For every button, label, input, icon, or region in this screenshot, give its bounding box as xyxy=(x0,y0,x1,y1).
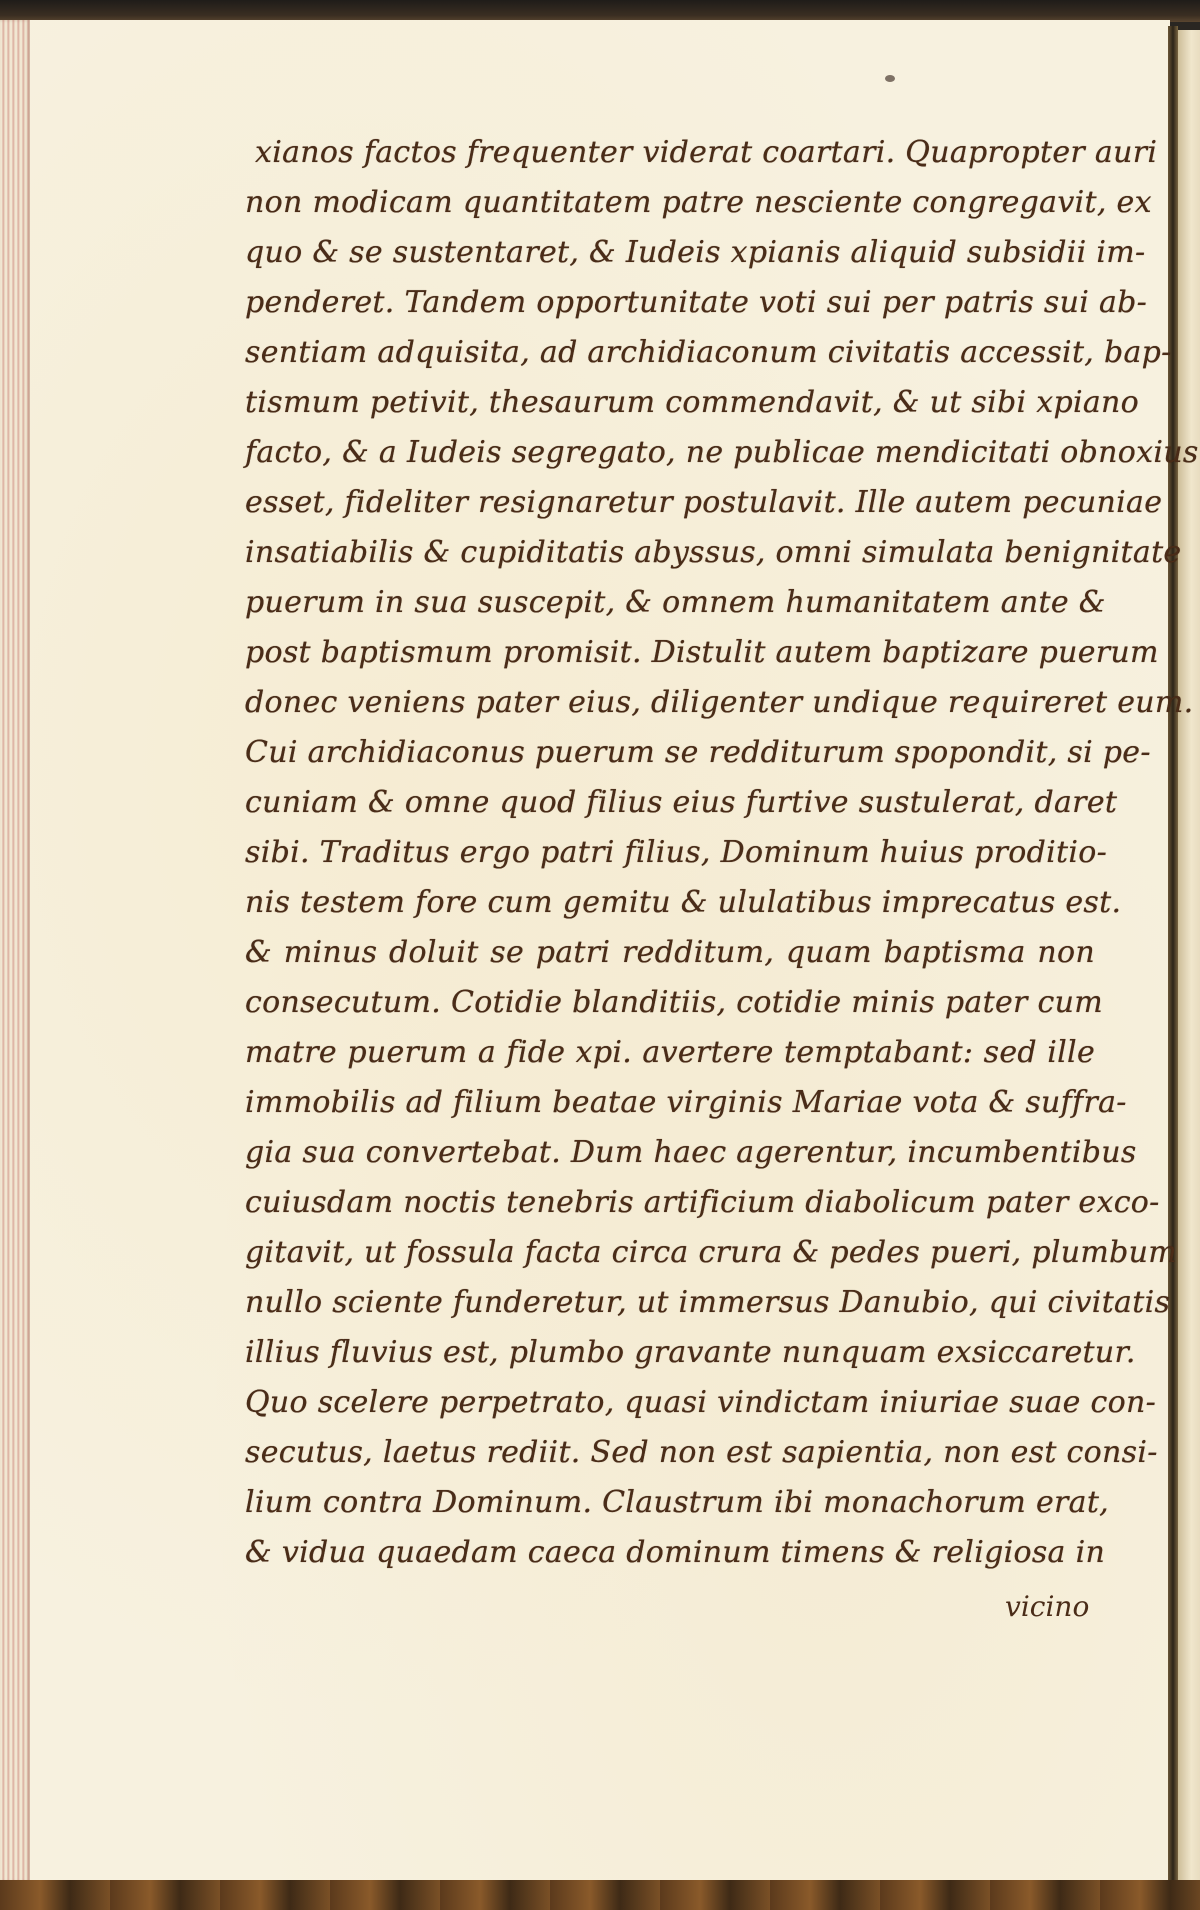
text-line: Quo scelere perpetrato, quasi vindictam … xyxy=(245,1385,1095,1421)
text-line: non modicam quantitatem patre nesciente … xyxy=(245,185,1095,221)
text-line: quo & se sustentaret, & Iudeis xpianis a… xyxy=(245,235,1095,271)
text-line: & minus doluit se patri redditum, quam b… xyxy=(245,935,1095,971)
text-line: Cui archidiaconus puerum se redditurum s… xyxy=(245,735,1095,771)
text-line: gia sua convertebat. Dum haec agerentur,… xyxy=(245,1135,1095,1171)
text-line: nis testem fore cum gemitu & ululatibus … xyxy=(245,885,1095,921)
text-line: nullo sciente funderetur, ut immersus Da… xyxy=(245,1285,1095,1321)
text-line: xianos factos frequenter viderat coartar… xyxy=(255,135,1105,171)
text-line: sibi. Traditus ergo patri filius, Dominu… xyxy=(245,835,1095,871)
text-line: matre puerum a fide xpi. avertere tempta… xyxy=(245,1035,1095,1071)
text-line: sentiam adquisita, ad archidiaconum civi… xyxy=(245,335,1095,371)
text-line: facto, & a Iudeis segregato, ne publicae… xyxy=(245,435,1095,471)
manuscript-text: xianos factos frequenter viderat coartar… xyxy=(0,0,1200,1910)
text-line: & vidua quaedam caeca dominum timens & r… xyxy=(245,1535,1095,1571)
text-line: gitavit, ut fossula facta circa crura & … xyxy=(245,1235,1095,1271)
text-line: post baptismum promisit. Distulit autem … xyxy=(245,635,1095,671)
text-line: cuniam & omne quod filius eius furtive s… xyxy=(245,785,1095,821)
text-line: puerum in sua suscepit, & omnem humanita… xyxy=(245,585,1095,621)
text-line: consecutum. Cotidie blanditiis, cotidie … xyxy=(245,985,1095,1021)
catchword: vicino xyxy=(1005,1590,1089,1623)
text-line: tismum petivit, thesaurum commendavit, &… xyxy=(245,385,1095,421)
text-line: esset, fideliter resignaretur postulavit… xyxy=(245,485,1095,521)
text-line: lium contra Dominum. Claustrum ibi monac… xyxy=(245,1485,1095,1521)
text-line: immobilis ad filium beatae virginis Mari… xyxy=(245,1085,1095,1121)
text-line: cuiusdam noctis tenebris artificium diab… xyxy=(245,1185,1095,1221)
text-line: donec veniens pater eius, diligenter und… xyxy=(245,685,1095,721)
text-line: secutus, laetus rediit. Sed non est sapi… xyxy=(245,1435,1095,1471)
text-line: insatiabilis & cupiditatis abyssus, omni… xyxy=(245,535,1095,571)
text-line: penderet. Tandem opportunitate voti sui … xyxy=(245,285,1095,321)
text-line: illius fluvius est, plumbo gravante nunq… xyxy=(245,1335,1095,1371)
